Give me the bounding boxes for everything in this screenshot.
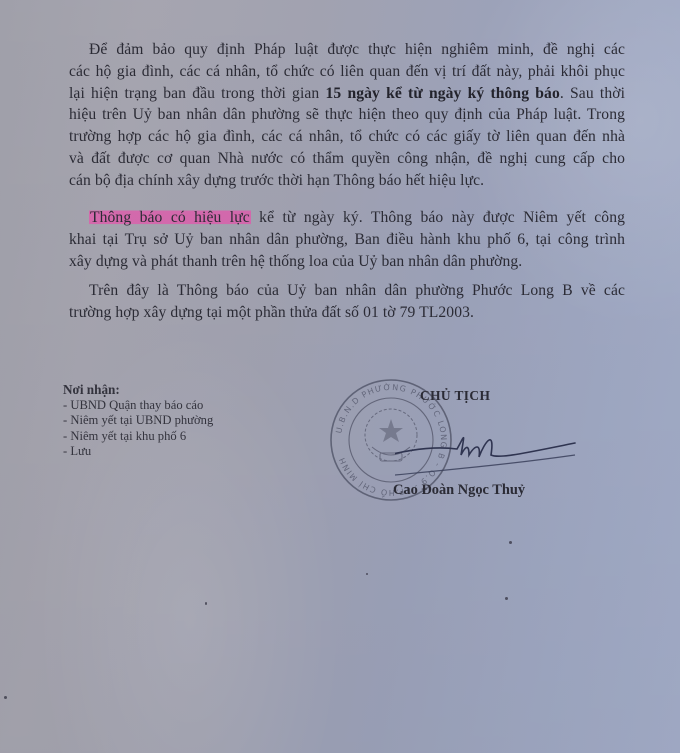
text-line: khai tại Trụ sở Uỷ ban nhân dân phường, … <box>69 229 625 251</box>
text-line: cán bộ địa chính xây dựng trước thời hạn… <box>69 170 625 192</box>
text-line: và đất được cơ quan Nhà nước có thẩm quy… <box>69 148 625 170</box>
text-line: Thông báo có hiệu lực kể từ ngày ký. Thô… <box>69 207 625 229</box>
text-line: trường hợp xây dựng tại một phần thửa đấ… <box>69 302 625 324</box>
text-line: trường hợp các hộ gia đình, các cá nhân,… <box>69 126 625 148</box>
text-line: Trên đây là Thông báo của Uỷ ban nhân dâ… <box>69 280 625 302</box>
document-page: Để đảm bảo quy định Pháp luật được thực … <box>0 0 680 753</box>
recipient-item: Niêm yết tại UBND phường <box>63 413 213 428</box>
text-line: xây dựng và phát thanh trên hệ thống loa… <box>69 251 625 273</box>
paper-speck <box>366 573 368 575</box>
signer-title: CHỦ TỊCH <box>420 388 490 404</box>
paper-speck <box>509 541 512 544</box>
paper-speck <box>205 602 207 605</box>
highlighted-text: Thông báo có hiệu lực <box>89 209 251 226</box>
paragraph-summary: Trên đây là Thông báo của Uỷ ban nhân dâ… <box>69 280 625 324</box>
recipients-list: UBND Quận thay báo cáo Niêm yết tại UBND… <box>63 398 213 459</box>
text-line: lại hiện trạng ban đầu trong thời gian 1… <box>69 83 625 105</box>
recipient-item: Lưu <box>63 444 213 459</box>
recipients-title: Nơi nhận: <box>63 382 213 397</box>
recipients-block: Nơi nhận: UBND Quận thay báo cáo Niêm yế… <box>63 382 213 459</box>
paper-speck <box>4 696 7 699</box>
recipient-item: Niêm yết tại khu phố 6 <box>63 429 213 444</box>
paragraph-effective-date: Thông báo có hiệu lực kể từ ngày ký. Thô… <box>69 207 625 272</box>
bold-deadline-text: 15 ngày kể từ ngày ký thông báo <box>325 85 559 102</box>
text-line: Để đảm bảo quy định Pháp luật được thực … <box>69 39 625 61</box>
recipient-item: UBND Quận thay báo cáo <box>63 398 213 413</box>
signer-name: Cao Đoàn Ngọc Thuỷ <box>393 482 525 499</box>
paragraph-restore-site: Để đảm bảo quy định Pháp luật được thực … <box>69 39 625 192</box>
handwritten-signature-icon <box>395 425 595 485</box>
paper-speck <box>505 597 508 600</box>
text-line: các hộ gia đình, các cá nhân, tổ chức có… <box>69 61 625 83</box>
text-line: hiệu trên Uỷ ban nhân dân phường sẽ thực… <box>69 104 625 126</box>
